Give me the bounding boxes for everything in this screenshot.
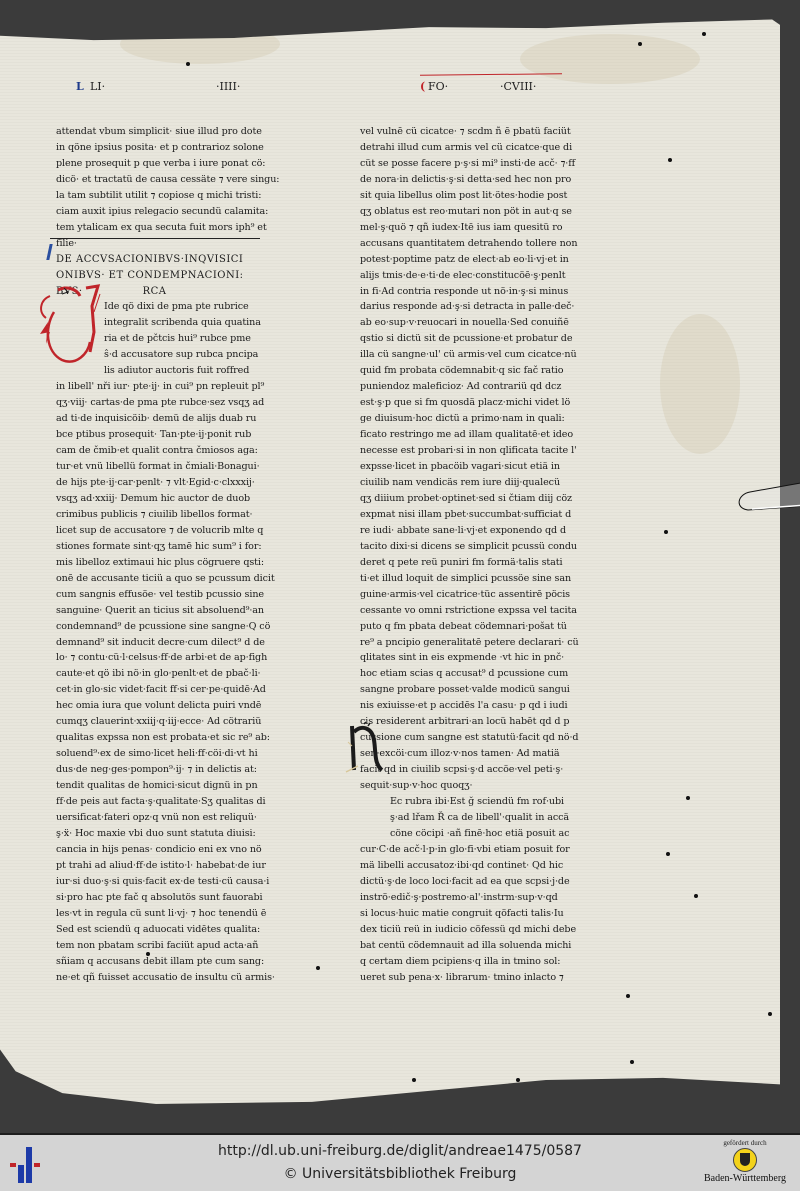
running-head: L LI· ·IIII· ( FO· ·CVIII·	[0, 80, 780, 100]
text-line: lo· ⁊ contu·cü·l·celsus·ff·de arbi·et de…	[56, 650, 306, 666]
text-line: cöne cöcipi ·añ finē·hoc etiä posuit ac	[360, 826, 610, 842]
text-line: de hijs pte·ij·car·penlt· ⁊ vlt·Egid·c·c…	[56, 475, 306, 491]
text-line: inströ·edič·ş·postremo·al'·instrm·sup·v·…	[360, 890, 610, 906]
text-line: tendit qualitas de homici·sicut dignü in…	[56, 778, 306, 794]
running-head-center: ·IIII·	[216, 80, 240, 93]
text-line: ab eo·sup·v·reuocari in nouella·Sed conu…	[360, 315, 610, 331]
text-line: darius responde ad·ş·si detracta in pall…	[360, 299, 610, 315]
binding-hole	[664, 530, 668, 534]
text-line: expmat nisi illam pbet·succumbat·suffici…	[360, 507, 610, 523]
binding-hole	[686, 796, 690, 800]
text-line: bce ptibus prosequit· Tan·pte·ij·ponit r…	[56, 427, 306, 443]
text-line: est·ş·p que si fm quosdä placz·michi vid…	[360, 395, 610, 411]
text-line: iur·si duo·ş·si quis·facit ex·de testi·c…	[56, 874, 306, 890]
text-line: qualitas expssa non est probata·et sic r…	[56, 730, 306, 746]
text-line: ti·et illud loquit de simplici pcussöe s…	[360, 571, 610, 587]
text-line: cur·C·de acč·l·p·in glo·fi·vbi etiam pos…	[360, 842, 610, 858]
text-line: expsse·licet in pbacöib vagari·sicut eti…	[360, 459, 610, 475]
text-line: deret q pete reü puniri fm formä·talis s…	[360, 555, 610, 571]
text-line: in fi·Ad contria responde ut nö·in·ş·si …	[360, 284, 610, 300]
text-line: cum sangnis effusöe· vel testib pcussio …	[56, 587, 306, 603]
binding-hole	[516, 1078, 520, 1082]
folio-number: ·CVIII·	[500, 80, 536, 93]
text-line: quid fm probata cödemnabit·q sic fač rat…	[360, 363, 610, 379]
running-head-left: LI·	[90, 80, 105, 93]
text-line: tem non pbatam scribi faciüt apud acta·a…	[56, 938, 306, 954]
text-line: cumqʒ clauerint·xxiij·q·iij·ecce· Ad cöt…	[56, 714, 306, 730]
scan-area: L LI· ·IIII· ( FO· ·CVIII· attendat vbum…	[0, 0, 800, 1133]
text-line: de nora·in delictis·ş·si detta·sed hec n…	[360, 172, 610, 188]
text-line: pt trahi ad aliud·ff·de istito·l· habeba…	[56, 858, 306, 874]
text-line: qstio si dictü sit de pcussione·et proba…	[360, 331, 610, 347]
text-line: potest·poptime patz de elect·ab eo·li·vj…	[360, 252, 610, 268]
text-line: lis adiutor auctoris fuit roffred	[56, 363, 306, 379]
text-line: puniendoz maleficioz· Ad contrariü qd dc…	[360, 379, 610, 395]
text-line: dictü·ş·de loco loci·facit ad ea que scp…	[360, 874, 610, 890]
text-line: hoc etiam scias q accusat⁹ d pcussione c…	[360, 666, 610, 682]
text-line: cis residerent arbitrari·an locü habēt q…	[360, 714, 610, 730]
text-line: cessante vo omni rstrictione expssa vel …	[360, 603, 610, 619]
text-line: cancia in hijs penas· condicio eni ex vn…	[56, 842, 306, 858]
binding-hole	[186, 62, 190, 66]
text-line: tur·et vnü libellü format in čmiali·Bona…	[56, 459, 306, 475]
scanner-clip-icon	[726, 478, 800, 522]
text-line: uersificat·fateri opz·q vnü non est reli…	[56, 810, 306, 826]
sponsor-name: Baden-Württemberg	[700, 1173, 790, 1184]
text-line: puto q fm pbata debeat cödemnari·pošat t…	[360, 619, 610, 635]
text-line: ge diuisum·hoc dictü a primo·nam in qual…	[360, 411, 610, 427]
text-line: ciuilib nam vendicäs rem iure diij·quale…	[360, 475, 610, 491]
text-line: demnand⁹ sit inducit decre·cum dilect⁹ d…	[56, 635, 306, 651]
text-line: sen·excöi·cum illoz·v·nos tamen· Ad mati…	[360, 746, 610, 762]
text-line: re iudi· abbate sane·li·vj·et exponendo …	[360, 523, 610, 539]
copyright-notice: © Universitätsbibliothek Freiburg	[0, 1166, 800, 1182]
text-line: ff·de peis aut facta·ş·qualitate·Sʒ qual…	[56, 794, 306, 810]
text-line: nis exiuisse·et p accidēs l'a casu· p qd…	[360, 698, 610, 714]
folio-label: FO·	[428, 80, 448, 93]
paper-stain	[120, 24, 280, 64]
text-line: vsqʒ ad·xxiij· Demum hic auctor de duob	[56, 491, 306, 507]
binding-hole	[638, 42, 642, 46]
text-line: necesse est probari·si in non qlificata …	[360, 443, 610, 459]
text-line: mä libelli accusatoz·ibi·qd continet· Qd…	[360, 858, 610, 874]
binding-hole	[694, 894, 698, 898]
text-line: cam de čmib·et qualit contra čmiosos aga…	[56, 443, 306, 459]
text-line: accusans quantitatem detrahendo tollere …	[360, 236, 610, 252]
binding-hole	[768, 1012, 772, 1016]
text-line: detrahi illud cum armis vel cü cicatce·q…	[360, 140, 610, 156]
text-line: q certam diem pcipiens·q illa in tmino s…	[360, 954, 610, 970]
binding-hole	[630, 1060, 634, 1064]
text-line: dicö· et tractatü de causa cessäte ⁊ ver…	[56, 172, 306, 188]
text-line: crimibus publicis ⁊ ciuilib libellos for…	[56, 507, 306, 523]
text-line: condemnand⁹ de pcussione sine sangne·Q c…	[56, 619, 306, 635]
text-line: si locus·huic matie congruit qöfacti tal…	[360, 906, 610, 922]
text-line: tacito dixi·si dicens se simplicit pcuss…	[360, 539, 610, 555]
binding-hole	[316, 966, 320, 970]
text-line: sit quia libellus olim post lit·ötes·hod…	[360, 188, 610, 204]
baden-wuerttemberg-seal-icon	[733, 1148, 757, 1172]
text-line: vel vulnē cü cicatce· ⁊ scdm ñ ē pbatü f…	[360, 124, 610, 140]
running-head-mark: L	[76, 80, 84, 93]
decorated-initial-u-icon	[36, 282, 102, 364]
text-line: qʒ oblatus est reo·mutari non pöt in aut…	[360, 204, 610, 220]
binding-hole	[668, 158, 672, 162]
text-line: caute·et qö ibi nö·in glo·penlt·et de pb…	[56, 666, 306, 682]
left-text-column: attendat vbum simplicit· siue illud pro …	[56, 124, 306, 985]
text-line: mel·ş·quö ⁊ qñ iudex·Itē ius iam quesitü…	[360, 220, 610, 236]
text-line: si·pro hac pte fač q absolutös sunt fauo…	[56, 890, 306, 906]
sponsor-logo: gefördert durch Baden-Württemberg	[700, 1139, 790, 1191]
text-line: attendat vbum simplicit· siue illud pro …	[56, 124, 306, 140]
binding-hole	[666, 852, 670, 856]
text-line: soluend⁹·ex de simo·licet heli·ff·cöi·di…	[56, 746, 306, 762]
binding-hole	[412, 1078, 416, 1082]
text-line: tem ytalicam ex qua secuta fuit mors iph…	[56, 220, 306, 236]
text-line: dus·de neg·ges·pompon⁹·ij· ⁊ in delictis…	[56, 762, 306, 778]
text-line: cet·in glo·sic videt·facit ff·si cer·pe·…	[56, 682, 306, 698]
text-line: bat centü cödemnauit ad illa soluenda mi…	[360, 938, 610, 954]
section-heading-line: DE ACCVSACIONIBVS·INQVISICI	[56, 252, 306, 268]
text-line: ş·ad lřam Ř ca de libell'·qualit in accä	[360, 810, 610, 826]
paper-stain	[520, 34, 700, 84]
paper-stain	[660, 314, 740, 454]
text-line: facit qd in ciuilib scpsi·ş·d accöe·vel …	[360, 762, 610, 778]
text-line: alijs tmis·de·e·ti·de elec·constitucöē·ş…	[360, 268, 610, 284]
text-line: ueret sub pena·x· librarum· tmino inlact…	[360, 970, 610, 986]
text-line: ş·ẍ· Hoc maxie vbi duo sunt statuta diui…	[56, 826, 306, 842]
decorated-initial-n-icon	[344, 720, 390, 776]
text-line: sanguine· Querit an ticius sit absoluend…	[56, 603, 306, 619]
text-line: ne·et qñ fuisset accusatio de insultu cü…	[56, 970, 306, 986]
text-line: cüt se posse facere p·ş·si mi⁹ insti·de …	[360, 156, 610, 172]
text-line: qʒ·viij· cartas·de pma pte rubce·sez vsq…	[56, 395, 306, 411]
text-line: les·vt in regula cü sunt li·vj· ⁊ hoc te…	[56, 906, 306, 922]
folio-initial: (	[420, 80, 425, 93]
sponsor-label: gefördert durch	[700, 1139, 790, 1147]
text-line: dex ticiü reü in iudicio cöfessü qd mich…	[360, 922, 610, 938]
text-line: ficato restringo me ad illam qualitatē·e…	[360, 427, 610, 443]
document-url: http://dl.ub.uni-freiburg.de/diglit/andr…	[0, 1143, 800, 1159]
binding-hole	[626, 994, 630, 998]
text-line: onē de accusante ticiü a quo se pcussum …	[56, 571, 306, 587]
text-line: plene prosequit p que verba i iure ponat…	[56, 156, 306, 172]
text-line: sequit·sup·v·hoc quoqʒ·	[360, 778, 610, 794]
text-line: licet sup de accusatore ⁊ de volucrib ml…	[56, 523, 306, 539]
text-line: re⁹ a pncipio generalitatē petere declar…	[360, 635, 610, 651]
text-line: sñiam q accusans debit illam pte cum san…	[56, 954, 306, 970]
right-text-column: vel vulnē cü cicatce· ⁊ scdm ñ ē pbatü f…	[360, 124, 610, 985]
text-line: qlitates sint in eis expmende ·vt hic in…	[360, 650, 610, 666]
text-line: ad ti·de inquisicöib· demü de alijs duab…	[56, 411, 306, 427]
text-line: la tam subtilit utilit ⁊ copiose q michi…	[56, 188, 306, 204]
text-line: hec omia iura que volunt delicta puiri v…	[56, 698, 306, 714]
text-line: guine·armis·vel cicatrice·tüc assentirē …	[360, 587, 610, 603]
text-line: ciam auxit ipius relegacio secundü calam…	[56, 204, 306, 220]
text-line: Ec rubra ibi·Est ğ sciendü fm rof·ubi	[360, 794, 610, 810]
heading-rule	[50, 238, 260, 239]
text-line: illa cü sangne·ul' cü armis·vel cum cica…	[360, 347, 610, 363]
text-line: cussione cum sangne est statutü·facit qd…	[360, 730, 610, 746]
text-line: in qöne ipsius posita· et p contrarioz s…	[56, 140, 306, 156]
text-line: stiones formate sint·qʒ tamē hic sum⁹ i …	[56, 539, 306, 555]
binding-hole	[702, 32, 706, 36]
viewer-footer: http://dl.ub.uni-freiburg.de/diglit/andr…	[0, 1133, 800, 1191]
text-line: qʒ diiium probet·optinet·sed si čtiam di…	[360, 491, 610, 507]
text-line: Sed est sciendü q aduocati vidētes quali…	[56, 922, 306, 938]
text-line: sangne probare posset·valde modicü sangu…	[360, 682, 610, 698]
text-line: mis libelloz extimaui hic plus cögruere …	[56, 555, 306, 571]
text-line: in libell' nři iur· pte·ij· in cui⁹ pn r…	[56, 379, 306, 395]
